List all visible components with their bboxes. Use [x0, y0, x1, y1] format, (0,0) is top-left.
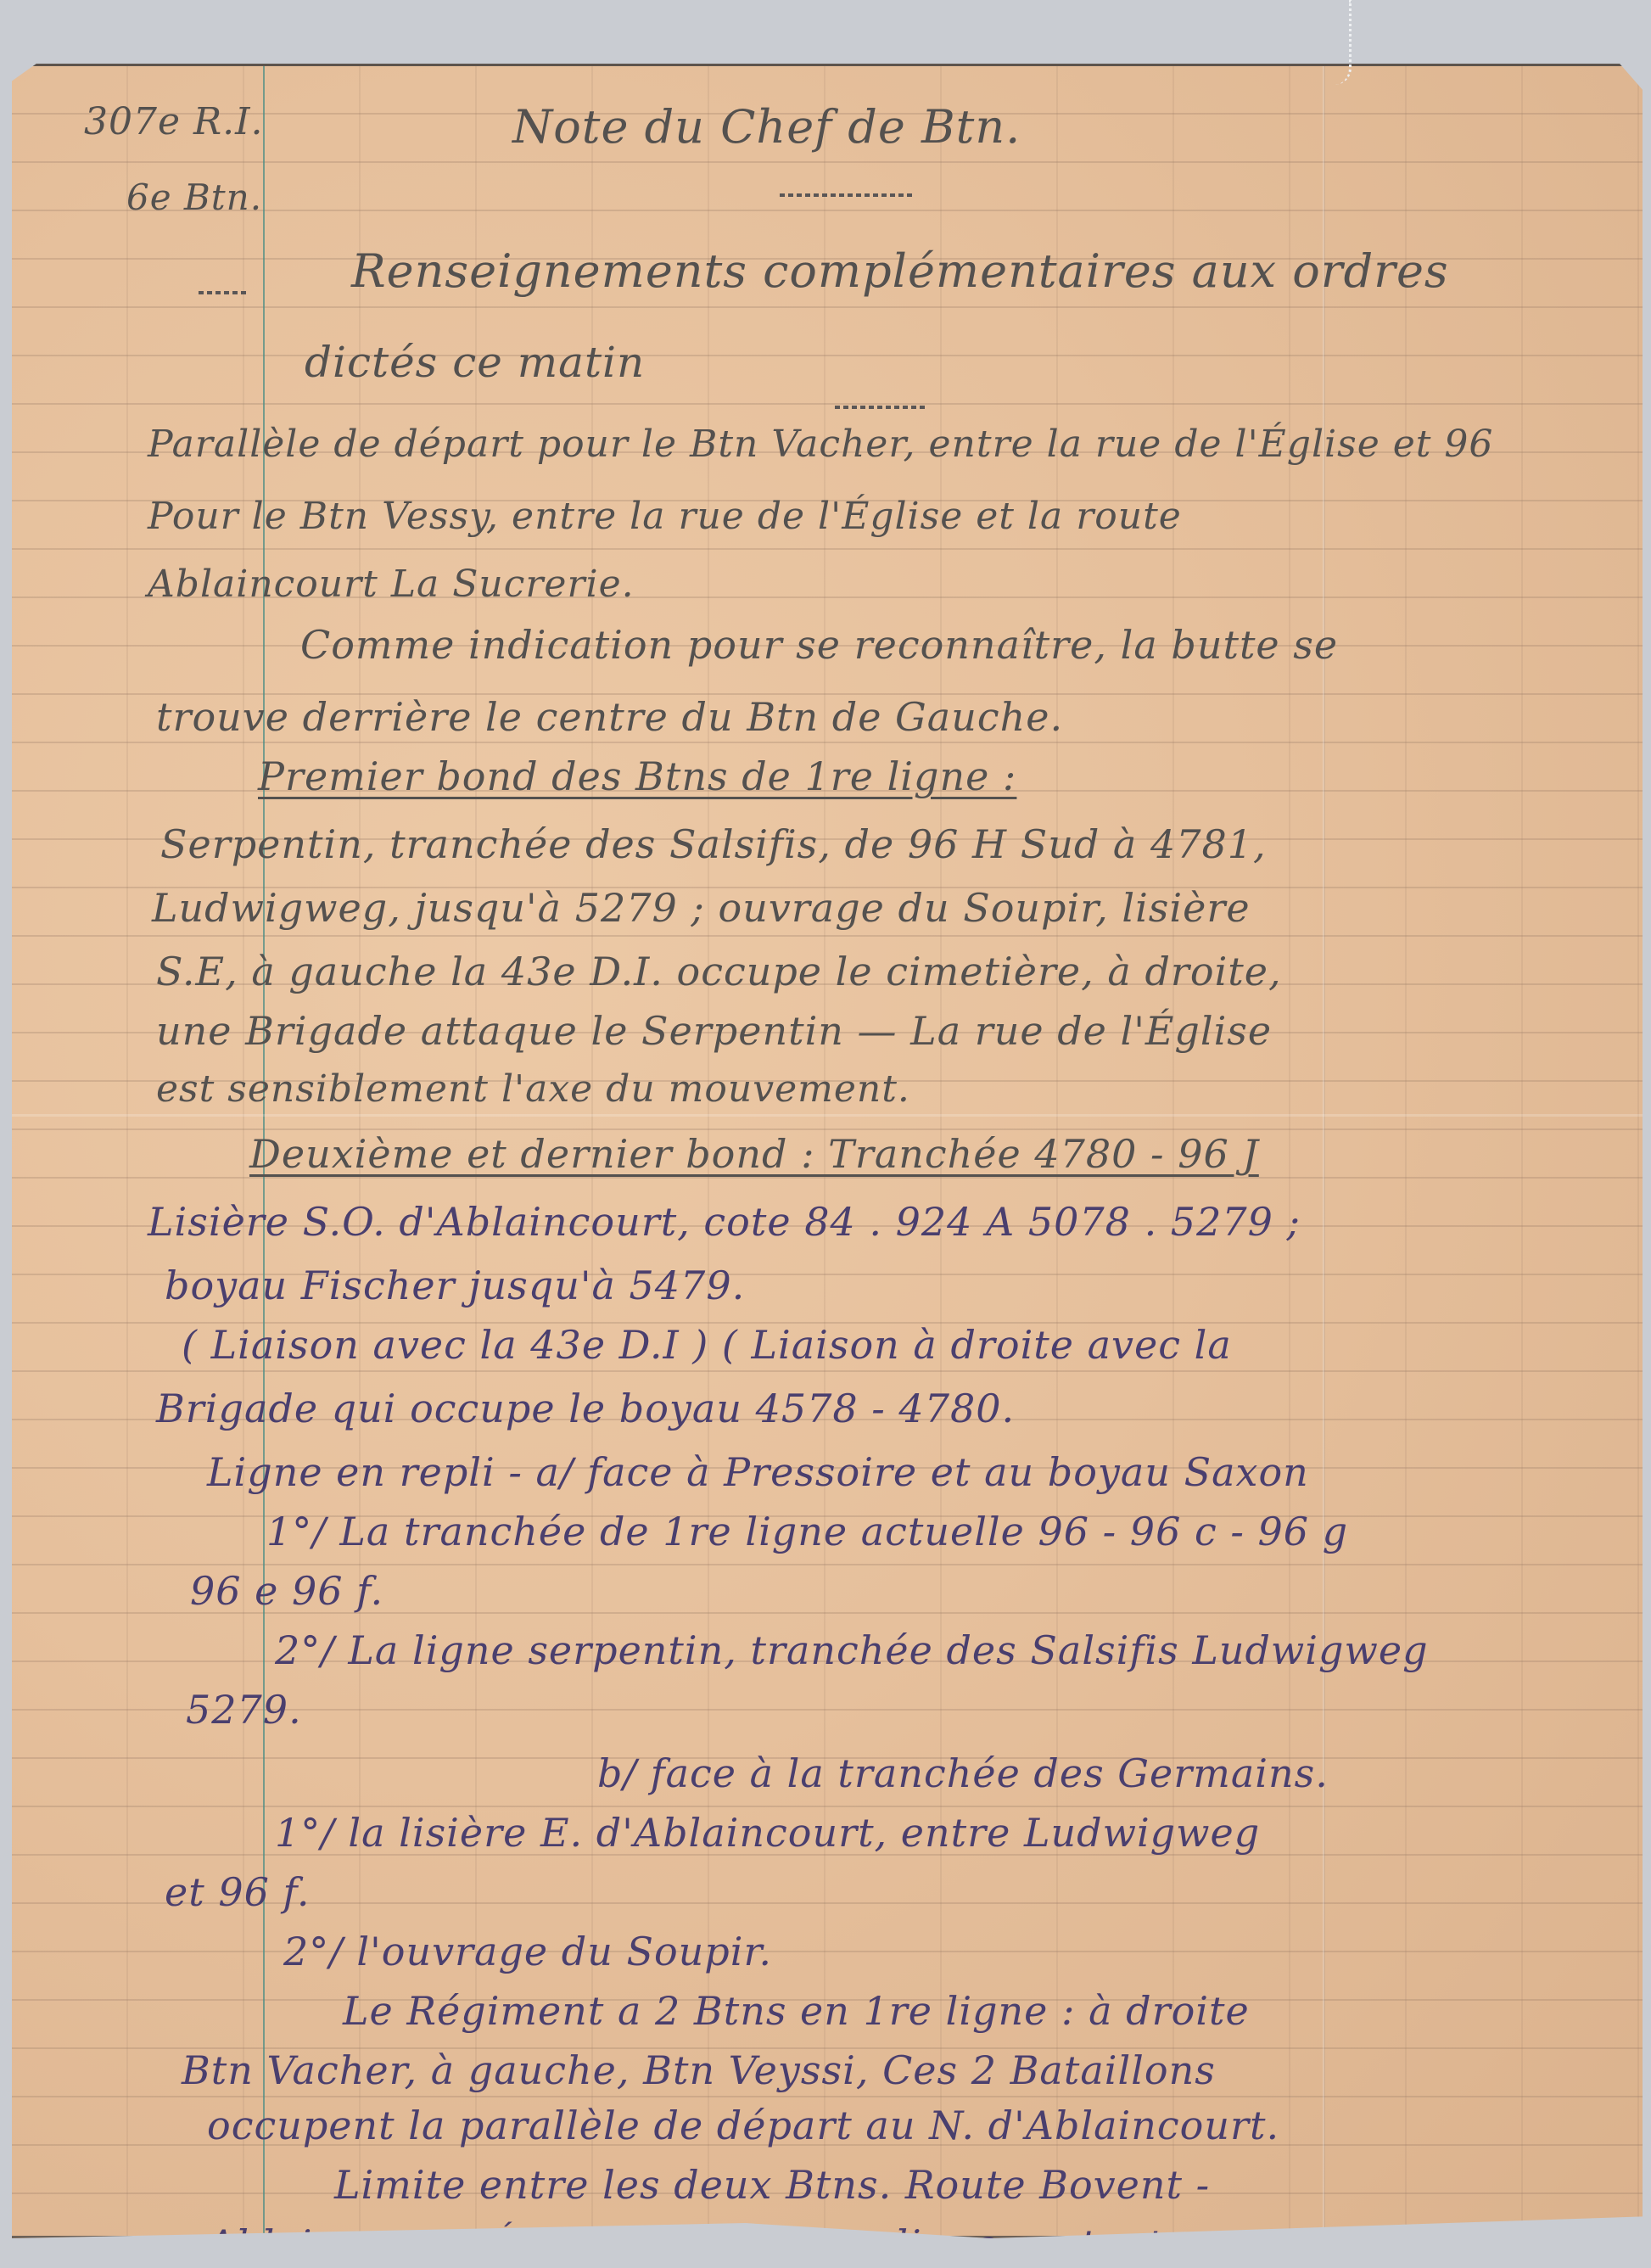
text-line: Pour le Btn Vessy, entre la rue de l'Égl…: [148, 495, 1182, 538]
text-line: une Brigade attaque le Serpentin — La ru…: [156, 1008, 1272, 1054]
text-line: Serpentin, tranchée des Salsifis, de 96 …: [160, 821, 1267, 867]
subtitle-line-1: Renseignements complémentaires aux ordre…: [351, 244, 1449, 298]
text-line: ( Liaison avec la 43e D.I ) ( Liaison à …: [182, 1322, 1232, 1368]
text-line: boyau Fischer jusqu'à 5479.: [165, 1263, 745, 1308]
vertical-fold-crease: [1323, 66, 1325, 2238]
text-line: 1°/ La tranchée de 1re ligne actuelle 96…: [266, 1509, 1348, 1554]
text-line: Le Régiment a 2 Btns en 1re ligne : à dr…: [343, 1988, 1250, 2034]
text-line: Ligne en repli - a/ face à Pressoire et …: [207, 1449, 1309, 1495]
subtitle-line-2: dictés ce matin: [305, 338, 645, 387]
text-line: occupent la parallèle de départ au N. d'…: [207, 2103, 1279, 2148]
squiggle-divider: [199, 291, 249, 294]
battalion-label: 6e Btn.: [126, 176, 262, 218]
hanging-string: [1324, 0, 1352, 85]
text-line: 2°/ La ligne serpentin, tranchée des Sal…: [275, 1627, 1429, 1673]
text-line: et 96 f.: [165, 1869, 311, 1915]
text-line: Ablaincourt - Église Ablaincourt, ligne …: [207, 2221, 1164, 2267]
page-title: Note du Chef de Btn.: [512, 100, 1021, 154]
title-squiggle: [780, 193, 915, 197]
section-heading-deuxieme-bond: Deuxième et dernier bond : Tranchée 4780…: [249, 1131, 1259, 1177]
text-line: Parallèle de départ pour le Btn Vacher, …: [148, 423, 1493, 466]
text-line: est sensiblement l'axe du mouvement.: [156, 1067, 910, 1111]
text-line: Brigade qui occupe le boyau 4578 - 4780.: [156, 1386, 1015, 1431]
text-line: Limite entre les deux Btns. Route Bovent…: [334, 2162, 1210, 2208]
subtitle-squiggle: [835, 406, 928, 409]
text-line: 5279.: [186, 1687, 302, 1733]
text-line: 2°/ l'ouvrage du Soupir.: [283, 1929, 772, 1974]
text-line: Btn Vacher, à gauche, Btn Veyssi, Ces 2 …: [182, 2047, 1216, 2093]
text-line: Comme indication pour se reconnaître, la…: [300, 622, 1338, 668]
section-heading-premier-bond: Premier bond des Btns de 1re ligne :: [258, 753, 1016, 799]
premier-bond-text: Premier bond des Btns de 1re ligne :: [258, 753, 1016, 799]
regiment-label: 307e R.I.: [84, 100, 264, 143]
text-line: trouve derrière le centre du Btn de Gauc…: [156, 694, 1063, 740]
text-line: Ludwigweg, jusqu'à 5279 ; ouvrage du Sou…: [152, 885, 1251, 931]
text-line: Ablaincourt La Sucrerie.: [148, 563, 635, 606]
handwritten-note-page: 307e R.I. 6e Btn. Note du Chef de Btn. R…: [12, 64, 1643, 2238]
horizontal-fold-crease: [12, 1114, 1643, 1117]
text-line: 1°/ la lisière E. d'Ablaincourt, entre L…: [275, 1810, 1260, 1856]
deuxieme-bond-text: Deuxième et dernier bond : Tranchée 4780…: [249, 1131, 1259, 1177]
text-line: b/ face à la tranchée des Germains.: [597, 1750, 1329, 1796]
text-line: S.E, à gauche la 43e D.I. occupe le cime…: [156, 949, 1282, 994]
text-line: Lisière S.O. d'Ablaincourt, cote 84 . 92…: [148, 1199, 1301, 1245]
text-line: 96 e 96 f.: [190, 1568, 383, 1614]
